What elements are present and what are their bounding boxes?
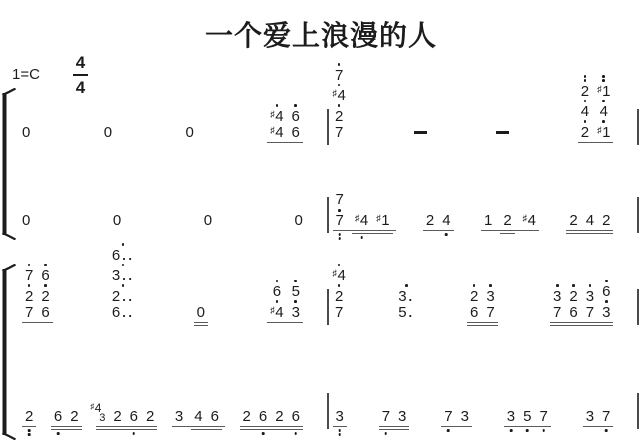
notation-element: [489, 284, 492, 287]
note: 7: [335, 63, 343, 83]
beam-line: [566, 230, 613, 231]
notation-element: 7: [335, 305, 343, 320]
notation-element: 2: [41, 289, 49, 304]
notation-element: 4: [600, 104, 608, 119]
notation-element: [3, 89, 16, 96]
staff-line-lower-1: 000077♯4♯12412♯4242: [18, 176, 639, 228]
notation-element: [122, 264, 125, 267]
notation-element: 2: [113, 409, 121, 424]
beam-line: [504, 426, 551, 427]
notation-element: 3: [398, 409, 406, 424]
notation-element: 2: [426, 213, 434, 228]
notation-element: 2: [426, 213, 434, 228]
notation-element: 0: [113, 213, 121, 228]
notation-element: 0: [22, 125, 30, 140]
measure: 3737335737: [329, 409, 638, 424]
notation-element: 0: [113, 213, 121, 228]
notation-element: 2: [25, 409, 33, 424]
chord-stack: 26: [470, 284, 478, 320]
notation-element: 4: [360, 213, 368, 228]
notation-element: 6: [259, 409, 267, 424]
rest-note: 0: [104, 125, 112, 140]
rest-note: 0: [197, 305, 205, 320]
note: 2: [503, 213, 511, 228]
augmentation-dots: ..: [122, 272, 134, 280]
notation-element: 2: [335, 109, 343, 124]
notation-element: 2: [335, 109, 343, 124]
notation-element: ♯4: [270, 109, 283, 124]
notation-element: 0: [104, 125, 112, 140]
beam-group: 62: [51, 409, 82, 424]
notation-element: 6: [112, 305, 120, 320]
beam-group: 3: [333, 409, 347, 424]
measure: 262♯432623462626: [18, 409, 327, 424]
note: ♯4: [333, 264, 346, 284]
beam-line: [191, 429, 222, 430]
note: 3: [486, 284, 494, 304]
measure: 77♯4♯12412♯4242: [329, 192, 638, 228]
notation-element: 3: [292, 305, 300, 320]
notation-element: 7: [586, 305, 594, 320]
dash-note: [414, 131, 427, 134]
notation-element: 2: [581, 84, 589, 99]
notation-element: 0: [22, 125, 30, 140]
notation-element: 4: [95, 402, 102, 414]
notation-element: 3: [586, 289, 594, 304]
note: 6: [130, 409, 138, 424]
notation-element: 0: [22, 213, 30, 228]
measure: 7♯427242♯14♯1: [329, 63, 638, 140]
note: 3..: [112, 264, 135, 284]
beam-line: [467, 322, 498, 323]
notation-element: [584, 75, 587, 82]
note: 2: [426, 213, 434, 228]
chord-stack: 6♯4: [270, 280, 283, 320]
notation-element: 4: [275, 109, 283, 124]
notation-element: [133, 432, 136, 435]
note: 6: [259, 409, 267, 424]
notation-element: 7: [444, 409, 452, 424]
chord-stack: 242: [581, 75, 589, 140]
beam-line: [96, 429, 157, 430]
notation-element: [28, 284, 31, 287]
note: ♯4: [333, 84, 346, 104]
notation-element: 1: [602, 125, 610, 140]
measure: 0000: [18, 213, 327, 228]
beam-line: [240, 429, 303, 430]
notation-element: 2: [275, 409, 283, 424]
octave-dot: [605, 280, 608, 283]
note: 5.: [398, 305, 414, 320]
notation-element: [589, 284, 592, 287]
notation-element: 4: [338, 268, 346, 283]
notation-element: 2: [569, 213, 577, 228]
chord-stack: ♯427: [333, 264, 346, 320]
notation-element: 6: [470, 305, 478, 320]
octave-dot: [584, 120, 587, 123]
notation-element: [338, 84, 341, 87]
notation-element: 7: [336, 192, 344, 207]
notation-element: 2: [25, 289, 33, 304]
note: 3: [175, 409, 183, 424]
notation-element: 6: [273, 284, 281, 299]
notation-element: [584, 100, 587, 103]
notation-element: 2: [569, 289, 577, 304]
notation-element: 3: [336, 409, 344, 424]
notation-element: 2: [569, 289, 577, 304]
note: 6: [470, 305, 478, 320]
note: 2: [146, 409, 154, 424]
rest-note: 0: [22, 125, 30, 140]
note: 3: [336, 409, 344, 424]
notation-element: 7: [602, 409, 610, 424]
notation-element: 5: [523, 409, 531, 424]
chord-stack: 37: [553, 284, 561, 320]
notation-element: 6: [292, 409, 300, 424]
notation-element: 2: [146, 409, 154, 424]
note: 6: [292, 409, 300, 424]
notation-element: [526, 429, 529, 432]
chord-stack: 727: [25, 264, 33, 320]
notation-element: [405, 284, 408, 287]
note: 3: [586, 284, 594, 304]
notation-element: 5: [398, 305, 406, 320]
notation-element: [473, 284, 476, 287]
notation-element: 3: [507, 409, 515, 424]
octave-dot: [294, 104, 297, 107]
octave-dot: [526, 429, 529, 432]
beam-line: [352, 233, 393, 234]
notation-element: [262, 432, 265, 435]
beam-group: 346: [172, 409, 225, 424]
barline: [637, 109, 639, 145]
octave-dot: [602, 100, 605, 103]
octave-dot: [44, 264, 47, 267]
augmentation-dots: ..: [122, 252, 134, 260]
notation-element: 3: [586, 409, 594, 424]
measure: ♯4273.5.263737263763: [329, 264, 638, 320]
barline: [637, 197, 639, 233]
note: 3: [461, 409, 469, 424]
augmentation-dots: .: [409, 293, 415, 301]
notation-element: 3: [461, 409, 469, 424]
beam-group: 2637: [467, 284, 498, 320]
note: 6..: [112, 243, 135, 263]
notation-element: 7: [553, 305, 561, 320]
beam-line: [22, 322, 53, 323]
note: 2..: [112, 284, 135, 304]
notation-element: 6: [41, 305, 49, 320]
beam-line: [566, 233, 613, 234]
octave-dot: [294, 280, 297, 283]
notation-element: 2: [569, 213, 577, 228]
note: 7: [444, 409, 452, 424]
notation-element: 3: [553, 289, 561, 304]
octave-dot: [489, 284, 492, 287]
note: 7: [539, 409, 547, 424]
notation-element: 6: [211, 409, 219, 424]
staff-line-upper-1: 000♯4♯4667♯427242♯14♯1: [18, 56, 639, 140]
notation-element: 6: [41, 268, 49, 283]
note: ♯4: [270, 104, 283, 124]
notation-element: [44, 284, 47, 287]
rest-note: 0: [204, 213, 212, 228]
beam-group: 12♯4: [481, 213, 539, 228]
beam-line: [379, 429, 410, 430]
note: 2: [41, 284, 49, 304]
octave-dot: [122, 243, 125, 246]
sharp-accidental: ♯: [523, 214, 528, 223]
notation-element: 3: [112, 268, 120, 283]
note: 2: [113, 409, 121, 424]
octave-dot: [28, 433, 31, 436]
notation-element: 7: [444, 409, 452, 424]
notation-element: 4: [275, 305, 283, 320]
octave-dot: [28, 264, 31, 267]
note: 7: [335, 125, 343, 140]
chord-stack: 7♯427: [333, 63, 346, 140]
notation-element: ♯1: [376, 213, 389, 228]
notation-element: [338, 63, 341, 66]
note: 7: [335, 305, 343, 320]
notation-element: 0: [22, 213, 30, 228]
note: 2: [569, 284, 577, 304]
octave-dot: [338, 433, 341, 436]
notation-element: 0: [197, 305, 205, 320]
octave-dot: [28, 284, 31, 287]
note: 7: [602, 409, 610, 424]
notation-element: 4: [442, 213, 450, 228]
notation-element: [447, 429, 450, 432]
measure: 7276266..3..2..6..06♯453: [18, 243, 327, 320]
notation-element: [605, 280, 608, 283]
octave-dot: [542, 429, 545, 432]
chord-stack: 37: [486, 284, 494, 320]
note: 6: [211, 409, 219, 424]
note: 7: [25, 305, 33, 320]
notation-element: 3: [507, 409, 515, 424]
beam-line: [467, 325, 498, 326]
octave-dot: [405, 284, 408, 287]
notation-element: 3: [292, 305, 300, 320]
note: ♯4: [355, 213, 368, 228]
chord-stack: 63: [602, 280, 610, 320]
grace-ornament: ♯4: [90, 402, 101, 414]
notation-element: 7: [335, 68, 343, 83]
note: 2: [275, 409, 283, 424]
note: ♯4: [270, 300, 283, 320]
note: 3: [398, 409, 406, 424]
notation-element: 7: [25, 268, 33, 283]
notation-element: 2: [503, 213, 511, 228]
notation-element: 6: [54, 409, 62, 424]
notation-element: [338, 104, 341, 107]
notation-element: 3: [486, 289, 494, 304]
notation-element: [338, 284, 341, 287]
note: 7: [486, 305, 494, 320]
notation-element: 7: [335, 125, 343, 140]
octave-dot: [605, 300, 608, 303]
notation-element: [338, 233, 341, 240]
note: 6: [41, 264, 49, 284]
chord-stack: ♯14♯1: [597, 75, 610, 140]
notation-element: 0: [104, 125, 112, 140]
notation-element: [556, 284, 559, 287]
notation-element: [605, 300, 608, 303]
augmentation-dots: ..: [122, 309, 134, 317]
beam-line: [51, 429, 82, 430]
octave-dot: [338, 104, 341, 107]
notation-element: 3: [175, 409, 183, 424]
notation-element: 6: [130, 409, 138, 424]
note: 3: [586, 409, 594, 424]
beam-line: [441, 426, 472, 427]
octave-dot: [276, 104, 279, 107]
note: 1: [484, 213, 492, 228]
note: 4: [586, 213, 594, 228]
octave-dot: [338, 237, 341, 240]
notation-element: 3: [398, 289, 406, 304]
notation-element: 6..: [112, 248, 135, 263]
notation-element: 4: [586, 213, 594, 228]
notation-element: 3: [461, 409, 469, 424]
note: 6: [569, 305, 577, 320]
sharp-accidental: ♯: [597, 126, 602, 135]
notation-element: 7: [335, 125, 343, 140]
notation-element: ♯1: [597, 84, 610, 99]
notation-element: [3, 265, 16, 272]
notation-element: 6: [211, 409, 219, 424]
chord-stack: 77: [336, 192, 344, 228]
notation-element: 2: [275, 409, 283, 424]
notation-element: 6: [569, 305, 577, 320]
octave-dot: [122, 284, 125, 287]
notation-element: 7: [25, 268, 33, 283]
octave-dot: [602, 75, 605, 78]
notation-element: 4: [194, 409, 202, 424]
note: 3: [292, 300, 300, 320]
sharp-accidental: ♯: [355, 214, 360, 223]
notation-element: 7: [335, 305, 343, 320]
notation-element: ♯4: [270, 305, 283, 320]
notation-element: 6: [292, 409, 300, 424]
octave-dot: [473, 284, 476, 287]
octave-dot: [602, 79, 605, 82]
octave-dot: [338, 429, 341, 432]
octave-dot: [338, 84, 341, 87]
note: 3: [553, 284, 561, 304]
beam-group: 357: [504, 409, 551, 424]
note: 2: [243, 409, 251, 424]
notation-element: 2: [243, 409, 251, 424]
sharp-accidental: ♯: [376, 214, 381, 223]
dash-note: [496, 131, 509, 134]
note: 2: [581, 120, 589, 140]
note: 5: [523, 409, 531, 424]
notation-element: 5.: [398, 305, 414, 320]
note: 6: [41, 305, 49, 320]
notation-element: [3, 269, 7, 435]
rest-note: 0: [185, 125, 193, 140]
notation-element: 3: [602, 305, 610, 320]
notation-element: 3: [336, 409, 344, 424]
note: ♯1: [376, 213, 389, 228]
note: 6: [273, 280, 281, 300]
beam-line: [240, 426, 303, 427]
system-bracket-icon: [2, 264, 18, 440]
notation-element: [572, 284, 575, 287]
beam-line: [550, 322, 613, 323]
notation-element: [57, 432, 60, 435]
octave-dot: [133, 432, 136, 435]
rest-note: 0: [113, 213, 121, 228]
notation-element: [360, 236, 363, 239]
notation-element: 7: [336, 213, 344, 228]
notation-element: 3: [553, 289, 561, 304]
octave-dot: [510, 429, 513, 432]
notation-element: 6: [112, 248, 120, 263]
beam-line: [423, 230, 454, 231]
chord-stack: 66: [292, 104, 300, 140]
notation-element: 7: [553, 305, 561, 320]
notation-element: [338, 264, 341, 267]
notation-element: 0: [204, 213, 212, 228]
notation-element: 6: [130, 409, 138, 424]
notation-element: 1: [602, 84, 610, 99]
beam-line: [194, 322, 208, 323]
notation-element: 3: [586, 409, 594, 424]
beam-line: [267, 142, 303, 143]
notation-element: 3: [602, 305, 610, 320]
notation-element: [3, 93, 7, 235]
notation-element: 6: [292, 125, 300, 140]
note: 7: [336, 213, 344, 228]
chord-stack: 626: [41, 264, 49, 320]
beam-group: 2: [22, 409, 36, 424]
note: 2: [602, 213, 610, 228]
notation-element: 4: [586, 213, 594, 228]
note: ♯4: [270, 125, 283, 140]
beam-group: 2626: [240, 409, 303, 424]
notation-element: [276, 104, 279, 107]
notation-element: 2: [41, 289, 49, 304]
octave-dot: [589, 284, 592, 287]
notation-element: [602, 75, 605, 82]
note: 7: [25, 264, 33, 284]
sharp-accidental: ♯: [270, 110, 275, 119]
notation-element: 4: [600, 104, 608, 119]
notation-element: [3, 233, 16, 240]
beam-group: 6♯453: [267, 280, 303, 320]
notation-element: [294, 280, 297, 283]
octave-dot: [602, 120, 605, 123]
notation-element: [294, 104, 297, 107]
notation-element: 2: [602, 213, 610, 228]
beam-group: 727626: [22, 264, 53, 320]
beam-group: ♯4♯1: [352, 213, 393, 228]
notation-element: 7: [602, 409, 610, 424]
octave-dot: [28, 429, 31, 432]
note: 6: [292, 104, 300, 124]
notation-element: [294, 432, 297, 435]
note: ♯1: [597, 120, 610, 140]
note: 2: [335, 104, 343, 124]
measure: 000♯4♯466: [18, 104, 327, 140]
notation-element: 6: [292, 109, 300, 124]
beam-line: [500, 233, 514, 234]
notation-element: 4: [581, 104, 589, 119]
notation-element: [445, 233, 448, 236]
